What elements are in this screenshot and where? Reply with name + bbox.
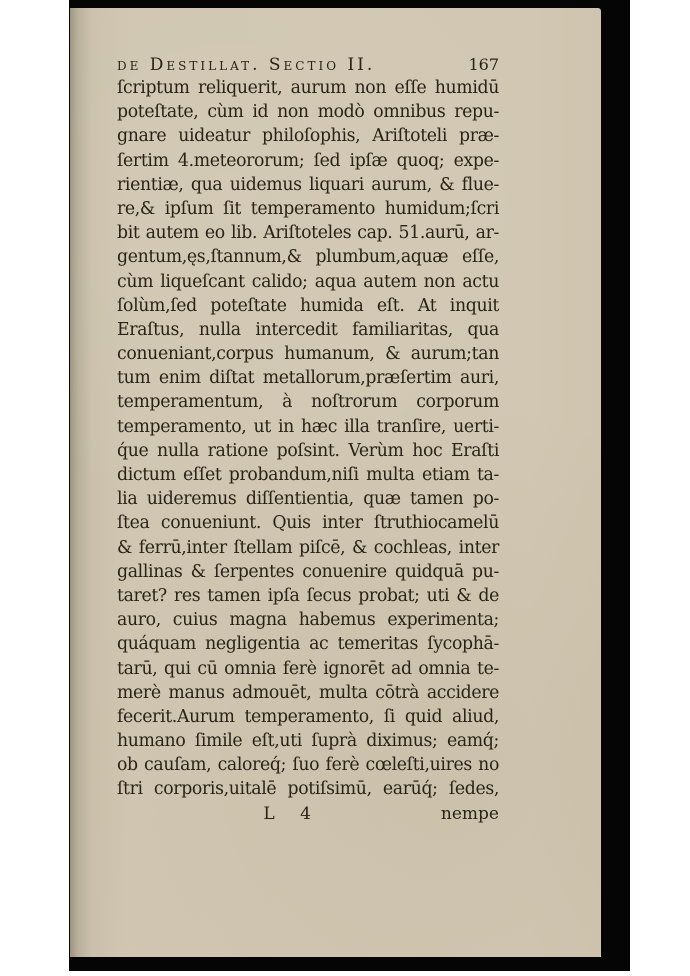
running-head: de Destillat. Sectio II. 167 [117, 54, 499, 76]
text-line: gnare uideatur philoſophis, Ariſtoteli p… [117, 124, 499, 148]
text-line: temperamento, ut in hæc illa tranſire, u… [117, 415, 499, 439]
text-line: cùm liqueſcant calido; aqua autem non ac… [117, 270, 499, 294]
text-line: merè manus admouēt, multa cōtrà accidere [117, 681, 499, 705]
catch-line: L 4 nempe [117, 802, 499, 826]
body-text: ſcriptum reliquerit, aurum non eſſe humi… [117, 76, 499, 802]
text-line: tarū, qui cū omnia ferè ignorēt ad omnia… [117, 657, 499, 681]
text-line: & ferrū,inter ſtellam piſcē, & cochleas,… [117, 536, 499, 560]
text-line: fecerit.Aurum temperamento, ſi quid aliu… [117, 705, 499, 729]
text-line: ſtri corporis,uitalē potiſsimū, earūq́; … [117, 777, 499, 801]
page-text-block: de Destillat. Sectio II. 167 ſcriptum re… [117, 54, 499, 826]
text-line: lia uideremus diſſentientia, quæ tamen p… [117, 487, 499, 511]
text-line: re,& ipſum ſit temperamento humidum;ſcri [117, 197, 499, 221]
text-line: bit autem eo lib. Ariſtoteles cap. 51.au… [117, 221, 499, 245]
text-line: dictum eſſet probandum,niſi multa etiam … [117, 463, 499, 487]
signature-mark: L 4 [263, 802, 321, 826]
text-line: humano ſimile eſt,uti ſuprà diximus; eam… [117, 729, 499, 753]
text-line: tum enim diſtat metallorum,præſertim aur… [117, 366, 499, 390]
text-line: rientiæ, qua uidemus liquari aurum, & fl… [117, 173, 499, 197]
text-line: gallinas & ſerpentes conuenire quidquā p… [117, 560, 499, 584]
catchword: nempe [441, 802, 499, 826]
text-line: q́ue nulla ratione poſsint. Verùm hoc Er… [117, 439, 499, 463]
text-line: temperamentum, à noſtrorum corporum [117, 390, 499, 414]
text-line: auro, cuius magna habemus experimenta; [117, 608, 499, 632]
text-line: poteſtate, cùm id non modò omnibus repu- [117, 100, 499, 124]
text-line: ob cauſam, caloreq́; ſuo ferè cœleſti,ui… [117, 753, 499, 777]
text-line: conueniant,corpus humanum, & aurum;tan [117, 342, 499, 366]
text-line: taret? res tamen ipſa ſecus probat; uti … [117, 584, 499, 608]
text-line: gentum,ęs,ſtannum,& plumbum,aquæ eſſe, [117, 245, 499, 269]
running-head-title: de Destillat. Sectio II. [117, 54, 375, 76]
text-line: ſolùm,ſed poteſtate humida eſt. At inqui… [117, 294, 499, 318]
text-line: ſtea conueniunt. Quis inter ſtruthiocame… [117, 511, 499, 535]
text-line: quáquam negligentia ac temeritas ſycophā… [117, 632, 499, 656]
text-line: ſertim 4.meteororum; ſed ipſæ quoq; expe… [117, 149, 499, 173]
text-line: ſcriptum reliquerit, aurum non eſſe humi… [117, 76, 499, 100]
text-line: Eraſtus, nulla intercedit familiaritas, … [117, 318, 499, 342]
page-number: 167 [468, 54, 499, 76]
